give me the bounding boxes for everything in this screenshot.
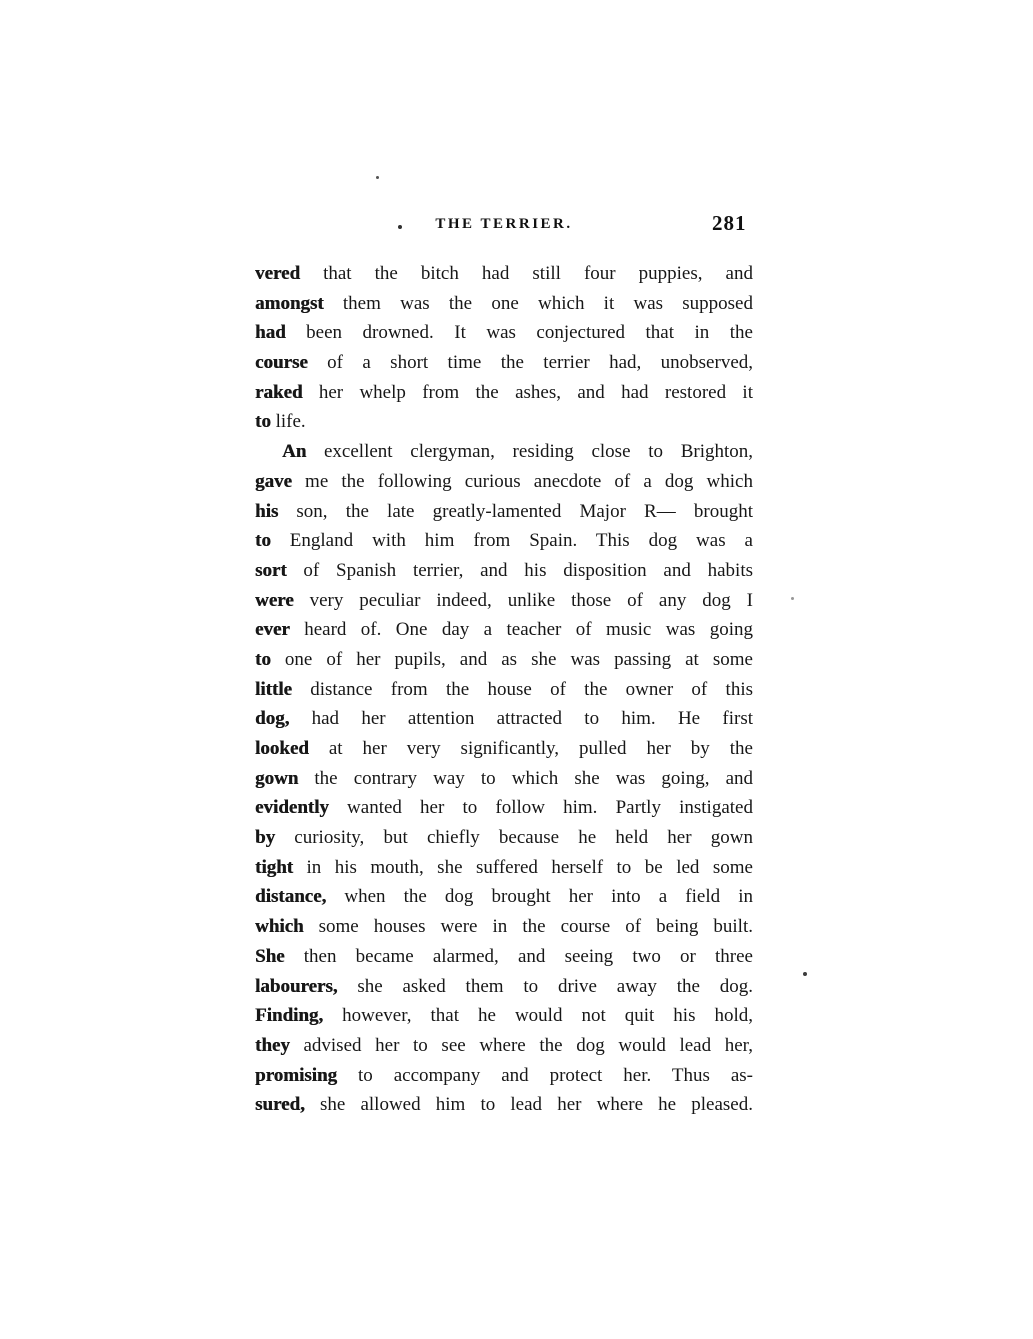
- scan-speck: [803, 972, 807, 976]
- text-line: distance, when the dog brought her into …: [255, 882, 753, 912]
- scan-speck: [791, 597, 794, 600]
- line-first-word: gown: [255, 768, 298, 789]
- line-first-word: distance,: [255, 886, 326, 907]
- text-line: to England with him from Spain. This dog…: [255, 526, 753, 556]
- line-first-word: which: [255, 916, 304, 937]
- text-line: his son, the late greatly-lamented Major…: [255, 497, 753, 527]
- line-first-word: they: [255, 1035, 290, 1056]
- text-line: tight in his mouth, she suffered herself…: [255, 853, 753, 883]
- line-first-word: by: [255, 827, 275, 848]
- text-line: sured, she allowed him to lead her where…: [255, 1090, 753, 1120]
- text-line: She then became alarmed, and seeing two …: [255, 942, 753, 972]
- line-first-word: to: [255, 649, 271, 670]
- text-line: promising to accompany and protect her. …: [255, 1061, 753, 1091]
- line-first-word: had: [255, 322, 286, 343]
- line-first-word: ever: [255, 619, 290, 640]
- book-page: THE TERRIER. 281 vered that the bitch ha…: [0, 0, 1033, 1339]
- line-first-word: sort: [255, 560, 287, 581]
- line-first-word: raked: [255, 382, 303, 403]
- text-line: labourers, she asked them to drive away …: [255, 972, 753, 1002]
- text-line: by curiosity, but chiefly because he hel…: [255, 823, 753, 853]
- line-first-word: sured,: [255, 1094, 305, 1115]
- text-line: Finding, however, that he would not quit…: [255, 1001, 753, 1031]
- text-line: evidently wanted her to follow him. Part…: [255, 793, 753, 823]
- line-first-word: An: [282, 441, 306, 462]
- line-first-word: his: [255, 501, 278, 522]
- scan-speck: [376, 176, 379, 179]
- line-first-word: course: [255, 352, 308, 373]
- text-line: sort of Spanish terrier, and his disposi…: [255, 556, 753, 586]
- line-first-word: amongst: [255, 293, 324, 314]
- text-line: they advised her to see where the dog wo…: [255, 1031, 753, 1061]
- line-first-word: vered: [255, 263, 300, 284]
- line-first-word: gave: [255, 471, 292, 492]
- line-first-word: tight: [255, 857, 293, 878]
- text-line: were very peculiar indeed, unlike those …: [255, 586, 753, 616]
- line-first-word: She: [255, 946, 285, 967]
- text-line: had been drowned. It was conjectured tha…: [255, 318, 753, 348]
- text-line: little distance from the house of the ow…: [255, 675, 753, 705]
- line-first-word: looked: [255, 738, 309, 759]
- text-line: to life.: [255, 407, 753, 437]
- line-first-word: Finding,: [255, 1005, 323, 1026]
- page-number: 281: [712, 211, 747, 236]
- text-line: ever heard of. One day a teacher of musi…: [255, 615, 753, 645]
- line-first-word: promising: [255, 1065, 337, 1086]
- line-first-word: to: [255, 530, 271, 551]
- text-line: amongst them was the one which it was su…: [255, 289, 753, 319]
- running-header: THE TERRIER.: [255, 216, 753, 233]
- line-first-word: were: [255, 590, 294, 611]
- line-first-word: labourers,: [255, 976, 338, 997]
- line-first-word: dog,: [255, 708, 289, 729]
- text-line: gave me the following curious anecdote o…: [255, 467, 753, 497]
- text-line: which some houses were in the course of …: [255, 912, 753, 942]
- text-line: vered that the bitch had still four pupp…: [255, 259, 753, 289]
- text-line: to one of her pupils, and as she was pas…: [255, 645, 753, 675]
- text-line: gown the contrary way to which she was g…: [255, 764, 753, 794]
- scan-speck: [398, 225, 402, 229]
- text-line: dog, had her attention attracted to him.…: [255, 704, 753, 734]
- text-line: course of a short time the terrier had, …: [255, 348, 753, 378]
- running-header-title: THE TERRIER.: [435, 216, 572, 232]
- page-body: vered that the bitch had still four pupp…: [255, 259, 753, 1120]
- text-line: An excellent clergyman, residing close t…: [255, 437, 753, 467]
- line-first-word: evidently: [255, 797, 329, 818]
- text-line: raked her whelp from the ashes, and had …: [255, 378, 753, 408]
- text-line: looked at her very significantly, pulled…: [255, 734, 753, 764]
- line-first-word: little: [255, 679, 292, 700]
- line-first-word: to: [255, 411, 271, 432]
